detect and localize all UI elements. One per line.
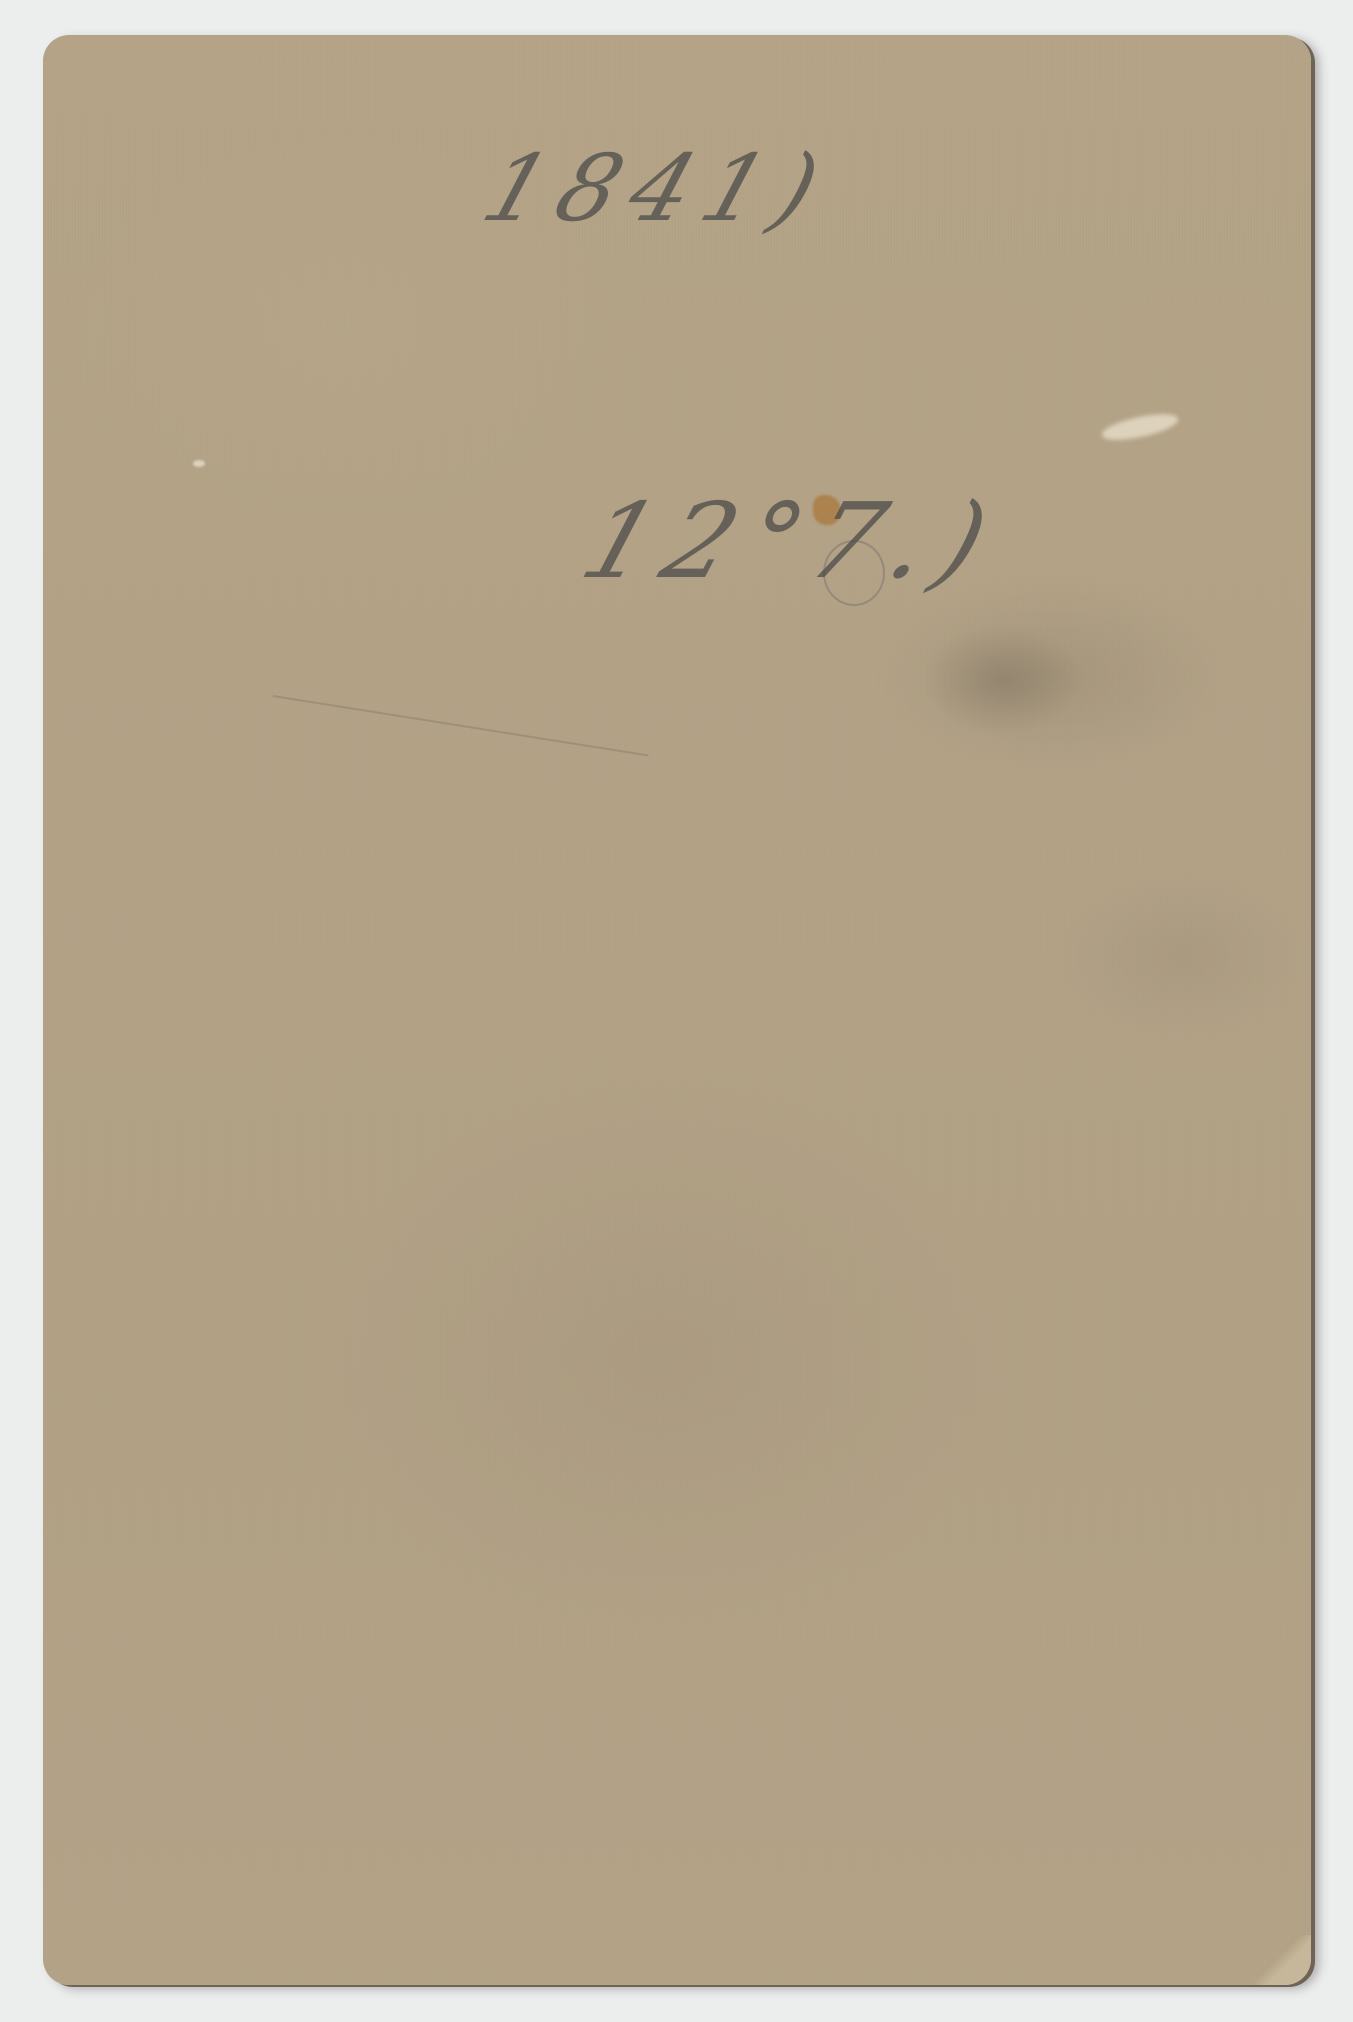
pencil-smudge — [923, 625, 1083, 735]
paper-speck — [193, 460, 205, 467]
worn-corner — [1251, 1935, 1311, 1985]
crease-line — [273, 695, 649, 756]
pencil-annotation-middle: 12°7.) — [568, 480, 1016, 602]
paper-scuff — [1100, 409, 1180, 445]
cabinet-card-back: 1841) 12°7.) — [43, 35, 1311, 1985]
pencil-annotation-top: 1841) — [471, 135, 846, 242]
